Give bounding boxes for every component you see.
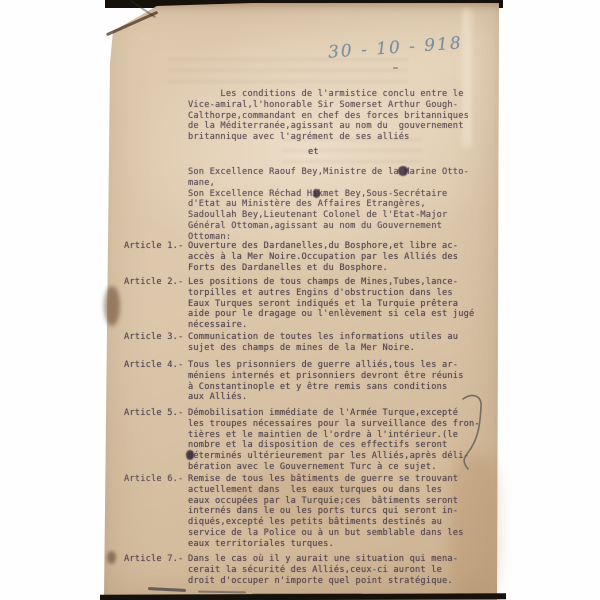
scanned-document-backdrop: 30 - 10 - 918 Les conditions de l'armist… xyxy=(0,0,600,600)
article-label: Article 3.- xyxy=(124,332,183,343)
conjunction-et: et xyxy=(308,147,319,158)
preamble-paragraph: Les conditions de l'armistice conclu ent… xyxy=(188,89,469,143)
article-label: Article 1.- xyxy=(124,241,183,252)
ink-blot xyxy=(398,166,408,176)
paper-stain xyxy=(104,286,120,326)
article-body: Tous les prisonniers de guerre alliés,to… xyxy=(188,360,464,403)
signatories-paragraph: Son Excellence Raouf Bey,Ministre de la … xyxy=(188,167,469,243)
paper-stain xyxy=(107,551,116,564)
ink-blot xyxy=(313,189,320,198)
article-body: Communication de toutes les informations… xyxy=(188,332,458,354)
article-label: Article 5.- xyxy=(124,408,183,419)
article-body: Démobilisation immédiate de l'Armée Turq… xyxy=(188,408,480,473)
ink-blot xyxy=(186,450,194,460)
article-body: Ouverture des Dardanelles,du Bosphore,et… xyxy=(188,241,458,273)
pencil-dot xyxy=(393,67,398,69)
pencil-bracket-annotation xyxy=(455,390,495,480)
article-label: Article 6.- xyxy=(124,474,183,485)
article-body: Dans le cas où il y aurait une situation… xyxy=(188,554,458,586)
article-body: Les positions de tous champs de Mines,Tu… xyxy=(188,277,474,331)
article-label: Article 4.- xyxy=(124,360,183,371)
scanner-strip-bottom xyxy=(100,593,506,600)
article-label: Article 2.- xyxy=(124,277,183,288)
article-body: Remise de tous les bâtiments de guerre s… xyxy=(188,474,464,550)
ghost-text-smudge xyxy=(168,58,408,86)
article-label: Article 7.- xyxy=(124,554,183,565)
